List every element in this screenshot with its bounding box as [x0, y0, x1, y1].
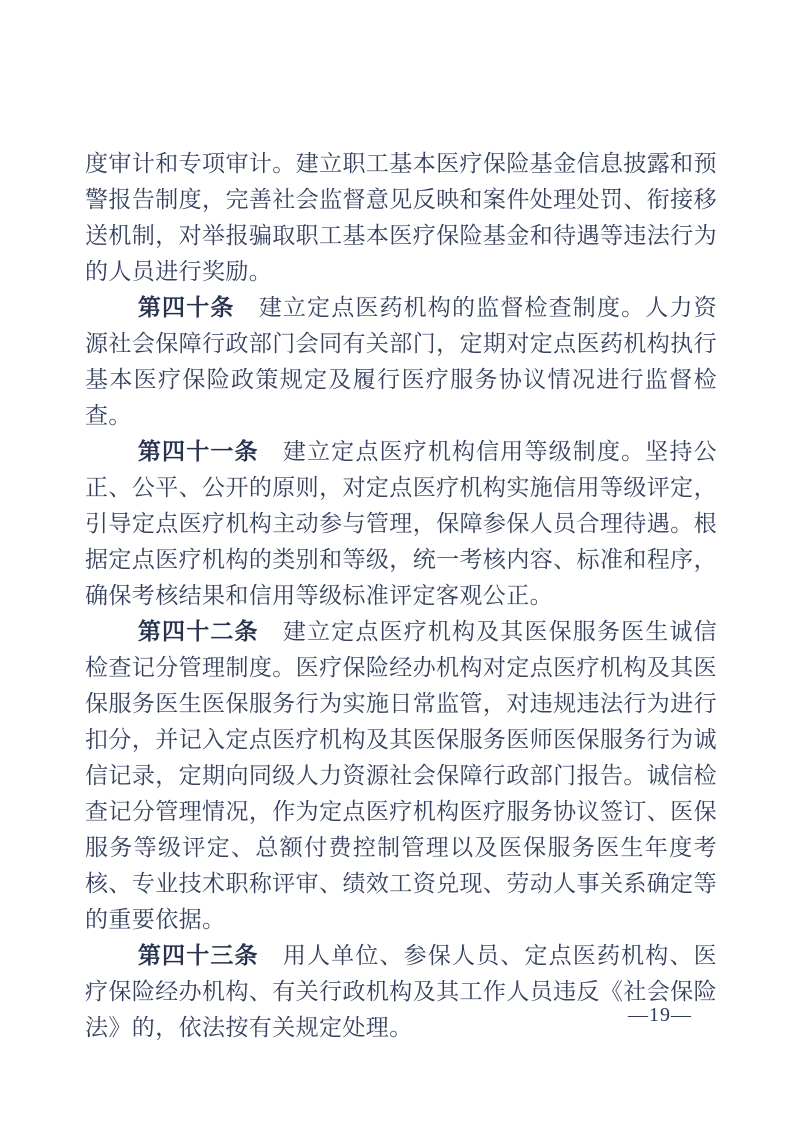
paragraph-text: 度审计和专项审计。建立职工基本医疗保险基金信息披露和预警报告制度，完善社会监督意…	[85, 151, 717, 284]
document-page: 度审计和专项审计。建立职工基本医疗保险基金信息披露和预警报告制度，完善社会监督意…	[0, 0, 794, 1123]
paragraph: 第四十三条 用人单位、参保人员、定点医药机构、医疗保险经办机构、有关行政机构及其…	[85, 938, 717, 1046]
article-number: 第四十一条	[138, 439, 259, 464]
page-number-label: —19—	[628, 1004, 692, 1026]
paragraph: 第四十一条 建立定点医疗机构信用等级制度。坚持公正、公平、公开的原则，对定点医疗…	[85, 434, 717, 614]
article-number: 第四十二条	[138, 619, 259, 644]
paragraph: 第四十二条 建立定点医疗机构及其医保服务医生诚信检查记分管理制度。医疗保险经办机…	[85, 614, 717, 938]
document-body: 度审计和专项审计。建立职工基本医疗保险基金信息披露和预警报告制度，完善社会监督意…	[85, 146, 717, 1046]
paragraph-text: 建立定点医疗机构信用等级制度。坚持公正、公平、公开的原则，对定点医疗机构实施信用…	[85, 439, 717, 608]
article-number: 第四十三条	[138, 943, 259, 968]
paragraph-text: 建立定点医疗机构及其医保服务医生诚信检查记分管理制度。医疗保险经办机构对定点医疗…	[85, 619, 717, 932]
article-number: 第四十条	[138, 295, 235, 320]
paragraph: 度审计和专项审计。建立职工基本医疗保险基金信息披露和预警报告制度，完善社会监督意…	[85, 146, 717, 290]
page-number: —19—	[628, 1002, 692, 1028]
paragraph: 第四十条 建立定点医药机构的监督检查制度。人力资源社会保障行政部门会同有关部门，…	[85, 290, 717, 434]
